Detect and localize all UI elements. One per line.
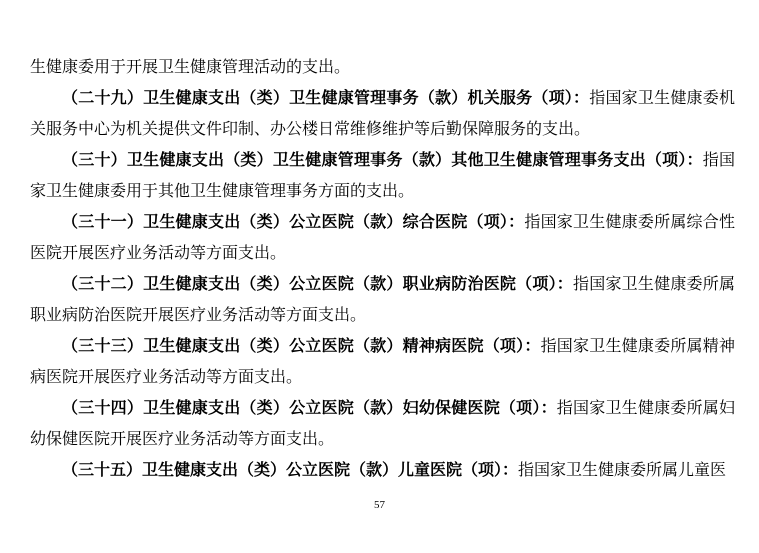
paragraph-body: 生健康委用于开展卫生健康管理活动的支出。 (30, 59, 350, 76)
paragraph-item-35: （三十五）卫生健康支出（类）公立医院（款）儿童医院（项）：指国家卫生健康委所属儿… (30, 455, 735, 486)
paragraph-item-34: （三十四）卫生健康支出（类）公立医院（款）妇幼保健医院（项）：指国家卫生健康委所… (30, 393, 735, 455)
document-page: 生健康委用于开展卫生健康管理活动的支出。 （二十九）卫生健康支出（类）卫生健康管… (0, 0, 759, 553)
paragraph-heading: （三十）卫生健康支出（类）卫生健康管理事务（款）其他卫生健康管理事务支出（项）： (62, 152, 703, 169)
paragraph-item-30: （三十）卫生健康支出（类）卫生健康管理事务（款）其他卫生健康管理事务支出（项）：… (30, 145, 735, 207)
paragraph-heading: （二十九）卫生健康支出（类）卫生健康管理事务（款）机关服务（项）： (62, 90, 589, 107)
paragraph-heading: （三十三）卫生健康支出（类）公立医院（款）精神病医院（项）： (62, 338, 541, 355)
paragraph-item-29: （二十九）卫生健康支出（类）卫生健康管理事务（款）机关服务（项）：指国家卫生健康… (30, 83, 735, 145)
paragraph-item-33: （三十三）卫生健康支出（类）公立医院（款）精神病医院（项）：指国家卫生健康委所属… (30, 331, 735, 393)
paragraph-heading: （三十一）卫生健康支出（类）公立医院（款）综合医院（项）： (62, 214, 524, 231)
page-number: 57 (0, 498, 759, 512)
paragraph-body: 指国家卫生健康委所属儿童医 (518, 462, 726, 479)
paragraph-item-32: （三十二）卫生健康支出（类）公立医院（款）职业病防治医院（项）：指国家卫生健康委… (30, 269, 735, 331)
paragraph-heading: （三十二）卫生健康支出（类）公立医院（款）职业病防治医院（项）： (62, 276, 573, 293)
paragraph-item-31: （三十一）卫生健康支出（类）公立医院（款）综合医院（项）：指国家卫生健康委所属综… (30, 207, 735, 269)
paragraph-heading: （三十五）卫生健康支出（类）公立医院（款）儿童医院（项）： (62, 462, 518, 479)
paragraph-heading: （三十四）卫生健康支出（类）公立医院（款）妇幼保健医院（项）： (62, 400, 557, 417)
paragraph-continuation: 生健康委用于开展卫生健康管理活动的支出。 (30, 52, 735, 83)
document-body-text: 生健康委用于开展卫生健康管理活动的支出。 （二十九）卫生健康支出（类）卫生健康管… (30, 52, 735, 486)
